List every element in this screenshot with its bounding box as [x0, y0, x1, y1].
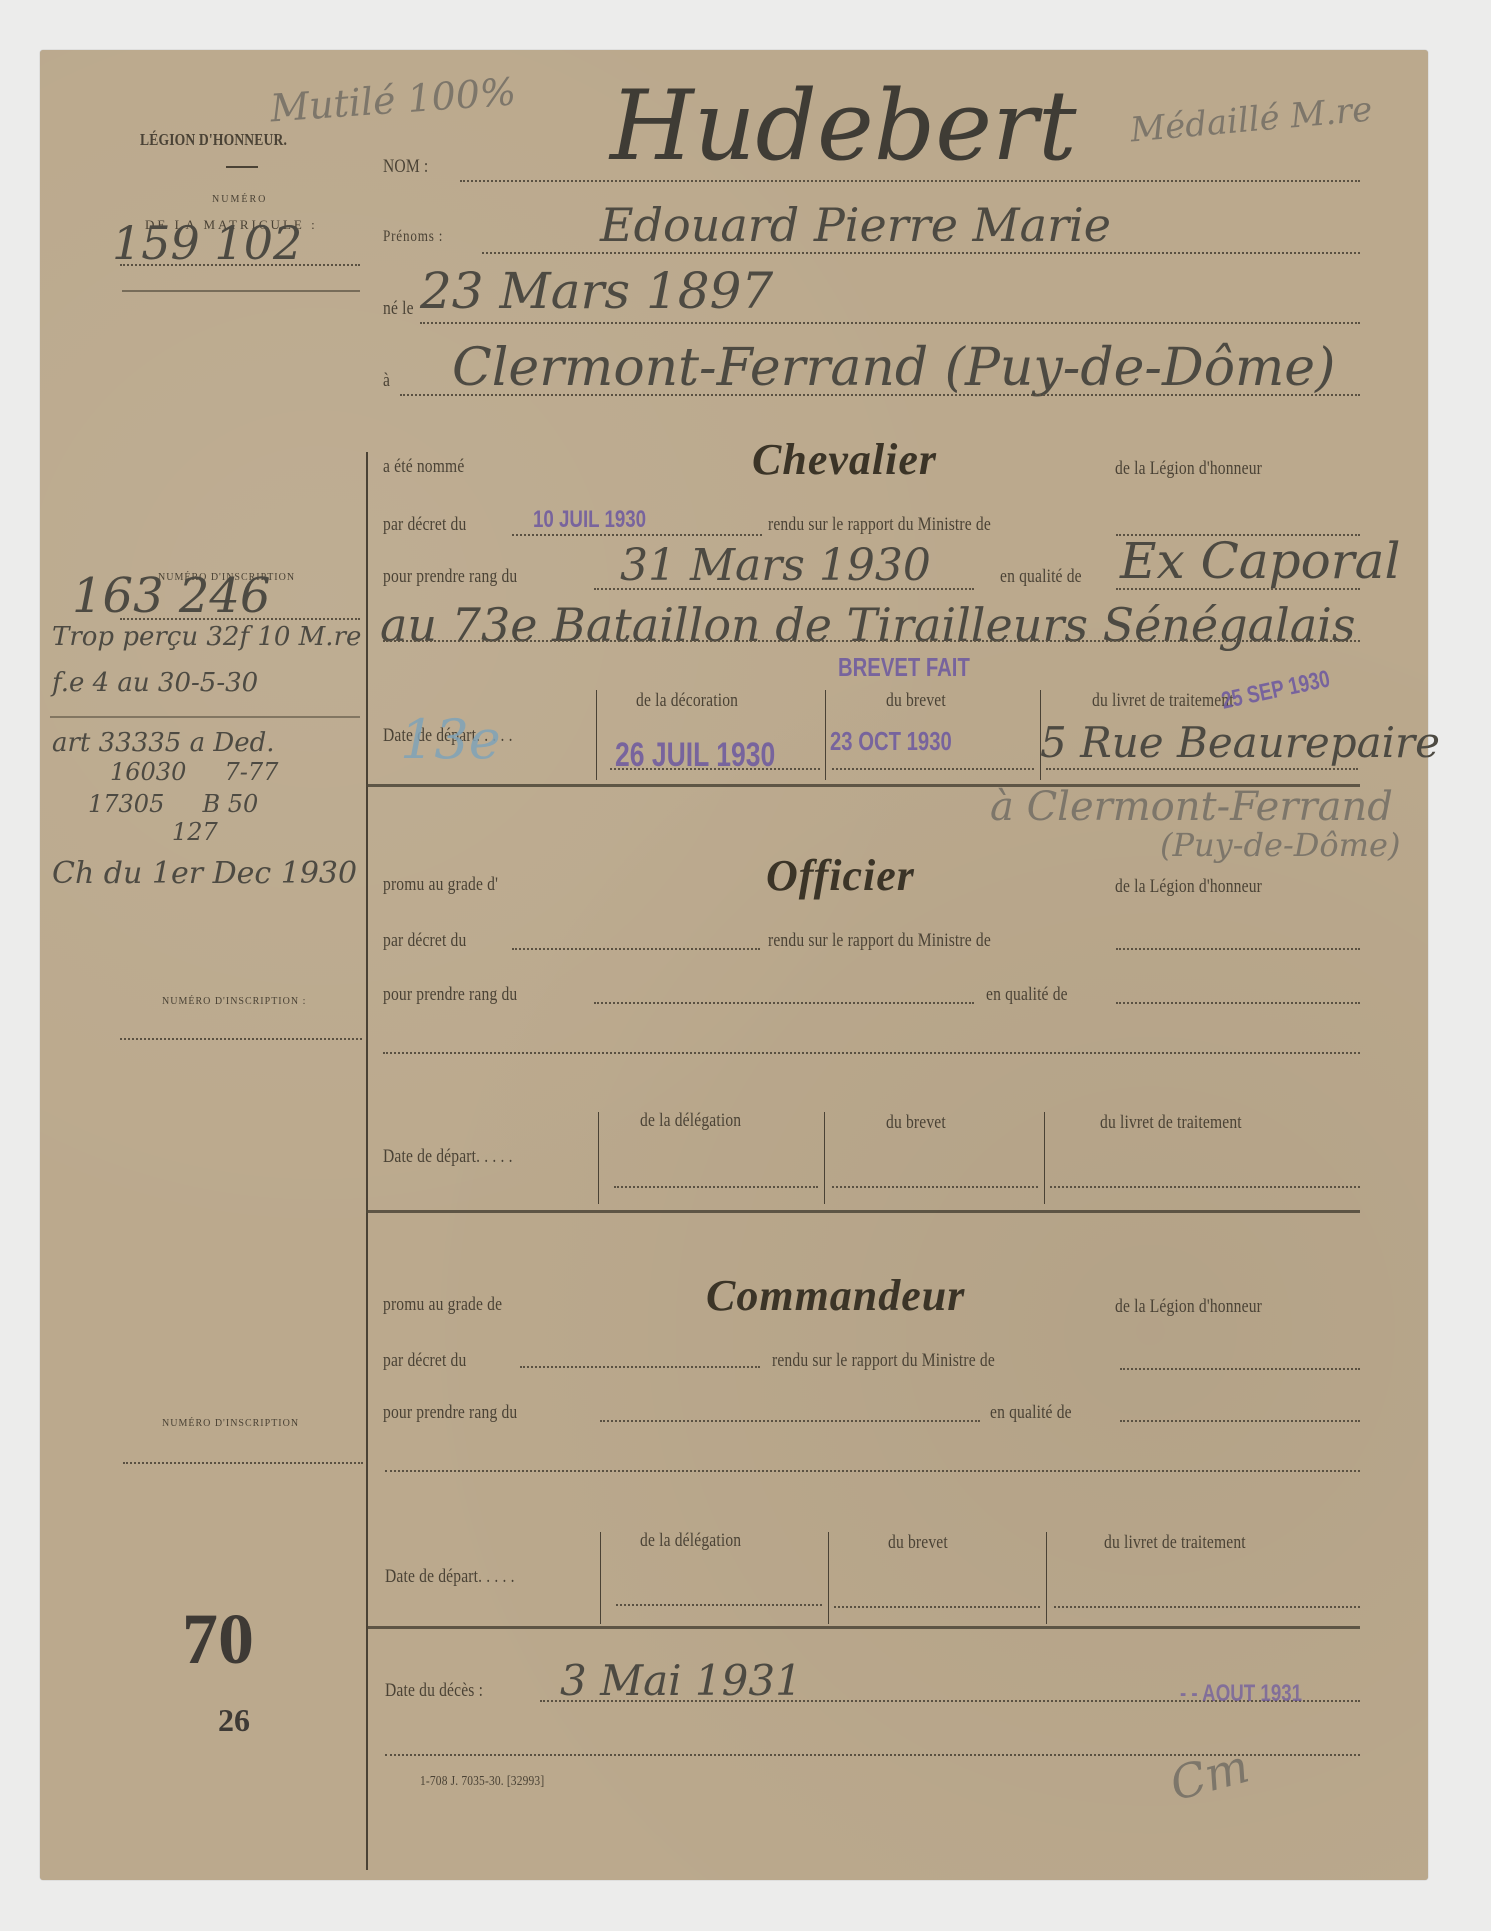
- margin-separator: [50, 716, 360, 718]
- brevet-fait-stamp: BREVET FAIT: [838, 652, 970, 683]
- deces-stamp: - - AOUT 1931: [1180, 1680, 1302, 1708]
- commandeur-rang-label: pour prendre rang du: [383, 1402, 517, 1424]
- commandeur-promu-label: promu au grade de: [383, 1294, 502, 1316]
- chevalier-qualite-value: Ex Caporal: [1120, 532, 1400, 590]
- commandeur-delegation-line: [616, 1604, 822, 1606]
- officier-delegation-line: [614, 1186, 818, 1188]
- chevalier-legion-label: de la Légion d'honneur: [1115, 458, 1262, 480]
- ne-le-value: 23 Mars 1897: [420, 262, 773, 320]
- blue-pencil-mark: 13e: [400, 708, 501, 771]
- chevalier-livret-line: [1046, 768, 1358, 770]
- prenoms-label: Prénoms :: [383, 228, 443, 246]
- officier-livret-line: [1050, 1186, 1360, 1188]
- commandeur-livret-line: [1054, 1606, 1360, 1608]
- officier-qualite-line: [1116, 1002, 1360, 1004]
- commandeur-depart-brace: [600, 1532, 601, 1624]
- inscription-value-1: 163 246: [72, 568, 271, 624]
- nom-label: NOM :: [383, 156, 428, 178]
- chevalier-rang-label: pour prendre rang du: [383, 566, 517, 588]
- address-line2: à Clermont-Ferrand: [990, 784, 1393, 830]
- chevalier-grade: Chevalier: [752, 434, 937, 485]
- chevalier-qualite-line: [1116, 588, 1360, 590]
- inscription-label-3: NUMÉRO D'INSCRIPTION: [162, 1418, 299, 1429]
- inscription-label-2: NUMÉRO D'INSCRIPTION :: [162, 996, 306, 1007]
- officier-depart-brace: [598, 1112, 599, 1204]
- prenoms-line: [482, 252, 1360, 254]
- a-value: Clermont-Ferrand (Puy-de-Dôme): [452, 338, 1335, 398]
- commandeur-decret-line: [520, 1366, 760, 1368]
- title-underline: [226, 166, 258, 168]
- a-line: [400, 394, 1360, 396]
- chevalier-line-extra: [383, 640, 1360, 642]
- deces-label: Date du décès :: [385, 1680, 483, 1702]
- officier-rapport-line: [1116, 948, 1360, 950]
- commandeur-brevet-line: [834, 1606, 1040, 1608]
- matricule-underline: [122, 290, 360, 292]
- livret-address: 5 Rue Beaurepaire: [1040, 718, 1440, 767]
- commandeur-qualite-label: en qualité de: [990, 1402, 1072, 1424]
- commandeur-line-extra: [385, 1470, 1360, 1472]
- commandeur-legion-label: de la Légion d'honneur: [1115, 1296, 1262, 1318]
- box-number: 70: [182, 1598, 254, 1681]
- officier-col-brevet: du brevet: [886, 1112, 946, 1134]
- chevalier-nomme-label: a été nommé: [383, 456, 464, 478]
- inscription-line-3: [123, 1462, 363, 1464]
- commandeur-depart-label: Date de départ. . . . .: [385, 1566, 515, 1588]
- chevalier-rang-value: 31 Mars 1930: [620, 540, 931, 591]
- ne-le-line: [420, 322, 1360, 324]
- officier-decret-line: [512, 948, 760, 950]
- chevalier-brevet-line: [832, 768, 1034, 770]
- institution-title: LÉGION D'HONNEUR.: [140, 130, 287, 150]
- commandeur-grade: Commandeur: [706, 1270, 965, 1321]
- chevalier-col-brevet: du brevet: [886, 690, 946, 712]
- officier-decret-label: par décret du: [383, 930, 466, 952]
- chevalier-col-livret: du livret de traitement: [1092, 690, 1234, 712]
- main-bracket: [366, 452, 368, 1870]
- commandeur-rapport-label: rendu sur le rapport du Ministre de: [772, 1350, 995, 1372]
- commandeur-col-livret: du livret de traitement: [1104, 1532, 1246, 1554]
- officier-depart-label: Date de départ. . . . .: [383, 1146, 513, 1168]
- commandeur-section-rule: [368, 1626, 1360, 1629]
- officier-col-divider-1: [824, 1112, 825, 1204]
- officier-rang-line: [594, 1002, 974, 1004]
- officier-line-extra: [383, 1052, 1360, 1054]
- inscription-line-1: [120, 618, 360, 620]
- officier-grade: Officier: [766, 850, 915, 901]
- officier-col-delegation: de la délégation: [640, 1110, 741, 1132]
- chevalier-rapport-label: rendu sur le rapport du Ministre de: [768, 514, 991, 536]
- chevalier-decret-line: [512, 534, 762, 536]
- commandeur-col-brevet: du brevet: [888, 1532, 948, 1554]
- officier-rapport-label: rendu sur le rapport du Ministre de: [768, 930, 991, 952]
- commandeur-decret-label: par décret du: [383, 1350, 466, 1372]
- deces-value: 3 Mai 1931: [560, 1656, 802, 1705]
- box-subnumber: 26: [218, 1702, 250, 1739]
- a-label: à: [383, 370, 390, 392]
- chevalier-rang-line: [594, 588, 974, 590]
- commandeur-rapport-line: [1120, 1368, 1360, 1370]
- margin-note-5: 17305 B 50: [88, 790, 258, 818]
- matricule-line: [120, 264, 360, 266]
- matricule-label-1: NUMÉRO: [212, 194, 267, 205]
- margin-note-6: 127: [88, 818, 218, 846]
- margin-note-7: Ch du 1er Dec 1930: [52, 856, 357, 891]
- chevalier-decret-label: par décret du: [383, 514, 466, 536]
- print-reference: 1-708 J. 7035-30. [32993]: [420, 1774, 544, 1790]
- nom-line: [460, 180, 1360, 182]
- address-line3: (Puy-de-Dôme): [1160, 826, 1400, 864]
- chevalier-col-decoration: de la décoration: [636, 690, 738, 712]
- officier-promu-label: promu au grade d': [383, 874, 498, 896]
- commandeur-rang-line: [600, 1420, 980, 1422]
- commandeur-col-divider-2: [1046, 1532, 1047, 1624]
- brevet-date-stamp: 23 OCT 1930: [830, 726, 952, 757]
- chevalier-depart-brace: [596, 690, 597, 780]
- margin-note-2: f.e 4 au 30-5-30: [52, 668, 258, 698]
- officier-col-divider-2: [1044, 1112, 1045, 1204]
- officier-brevet-line: [832, 1186, 1038, 1188]
- margin-note-3: art 33335 a Ded.: [52, 728, 275, 758]
- chevalier-decoration-line: [610, 768, 820, 770]
- officier-qualite-label: en qualité de: [986, 984, 1068, 1006]
- prenoms-value: Edouard Pierre Marie: [600, 198, 1111, 252]
- ne-le-label: né le: [383, 298, 414, 320]
- inscription-line-2: [120, 1038, 362, 1040]
- commandeur-col-divider-1: [828, 1532, 829, 1624]
- commandeur-qualite-line: [1120, 1420, 1360, 1422]
- chevalier-qualite-label: en qualité de: [1000, 566, 1082, 588]
- margin-note-1: Trop perçu 32f 10 M.re: [52, 622, 361, 652]
- nom-value: Hudebert: [610, 70, 1077, 182]
- commandeur-col-delegation: de la délégation: [640, 1530, 741, 1552]
- chevalier-qualite-line2: au 73e Bataillon de Tirailleurs Sénégala…: [380, 598, 1355, 652]
- matricule-value: 159 102: [112, 216, 302, 270]
- chevalier-decret-stamp: 10 JUIL 1930: [533, 506, 646, 534]
- chevalier-col-divider-1: [825, 690, 826, 780]
- margin-note-4: 16030 7-77: [110, 758, 278, 786]
- officier-legion-label: de la Légion d'honneur: [1115, 876, 1262, 898]
- officier-section-rule: [366, 1210, 1360, 1213]
- officier-rang-label: pour prendre rang du: [383, 984, 517, 1006]
- officier-col-livret: du livret de traitement: [1100, 1112, 1242, 1134]
